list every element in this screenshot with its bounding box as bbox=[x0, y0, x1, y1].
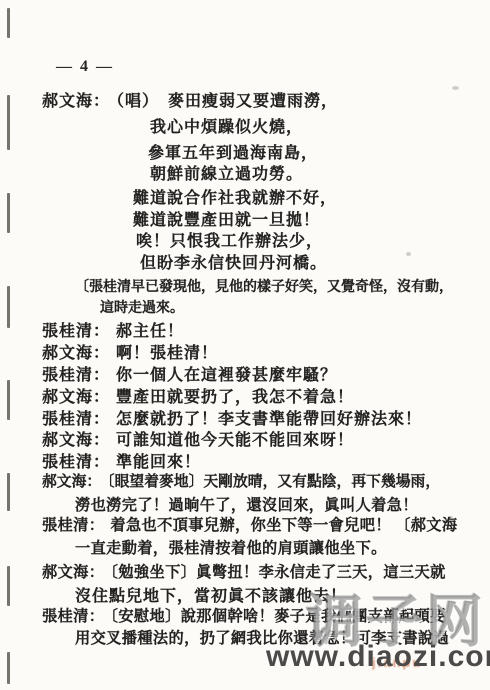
verse-text: 參軍五年到過海南島， bbox=[148, 145, 318, 162]
verse-line: 唉！只恨我工作辦法少， bbox=[136, 228, 323, 251]
stage-direction: 〔張桂清早已發現他，見他的樣子好笑，又覺奇怪，沒有動， bbox=[75, 276, 453, 296]
binding-mark bbox=[7, 8, 10, 38]
stage-direction-text: 這時走過來。 bbox=[100, 301, 184, 316]
speaker-name: 張桂清： bbox=[42, 454, 110, 471]
speaker-name: 郝文海： bbox=[42, 93, 110, 110]
verse-text: 唉！只恨我工作辦法少， bbox=[136, 233, 323, 250]
dialogue-text: 你一個人在這裡發甚麼牢騷？ bbox=[116, 367, 337, 384]
verse-line: 難道說豐產田就一旦拋！ bbox=[133, 207, 320, 230]
stage-direction-text: 一直走動着，張桂清按着他的肩頭讓他坐下。 bbox=[75, 540, 387, 557]
verse-line: 難道說合作社我就辦不好， bbox=[133, 185, 337, 208]
dialogue-line: 郝文海：啊！張桂清！ bbox=[42, 340, 218, 363]
scan-speck bbox=[452, 86, 459, 90]
watermark-url: www.diaozi.com bbox=[266, 642, 490, 672]
stage-direction: 一直走動着，張桂清按着他的肩頭讓他坐下。 bbox=[75, 537, 387, 558]
verse-line: 我心中煩躁似火燒， bbox=[150, 114, 303, 137]
speaker-name: 張桂清： bbox=[42, 608, 104, 625]
dialogue-text: 怎麼就扔了！李支書準能帶回好辦法來！ bbox=[116, 411, 422, 428]
speaker-name: 郝文海： bbox=[42, 474, 101, 490]
speaker-name: 張桂清： bbox=[42, 517, 104, 534]
verse-text: 但盼李永信快回丹河橋。 bbox=[140, 255, 327, 272]
binding-mark bbox=[7, 652, 10, 684]
dialogue-text: 〔眼望着麥地〕天剛放晴，又有點陰，再下幾場雨， bbox=[107, 474, 440, 490]
dialogue-line: 張桂清：準能回來！ bbox=[42, 449, 201, 472]
verse-text: 朝鮮前線立過功勞。 bbox=[150, 166, 303, 183]
binding-mark bbox=[7, 473, 10, 511]
speaker-name: 張桂清： bbox=[42, 323, 110, 340]
dialogue-text: （唱） 麥田瘦弱又要遭雨澇， bbox=[116, 93, 338, 110]
page-number: — 4 — bbox=[56, 58, 114, 76]
speaker-name: 張桂清： bbox=[42, 411, 110, 428]
speaker-name: 張桂清： bbox=[42, 367, 110, 384]
scan-speck bbox=[406, 252, 411, 256]
dialogue-text: 可誰知道他今天能不能回來呀！ bbox=[116, 432, 354, 449]
stage-direction-text: 〔張桂清早已發現他，見他的樣子好笑，又覺奇怪，沒有動， bbox=[75, 280, 453, 295]
binding-mark bbox=[7, 286, 10, 328]
verse-text: 我心中煩躁似火燒， bbox=[150, 119, 303, 136]
dialogue-text: 豐產田就要扔了，我怎不着急！ bbox=[116, 389, 354, 406]
dialogue-text: 啊！張桂清！ bbox=[116, 345, 218, 362]
verse-text: 難道說豐產田就一旦拋！ bbox=[133, 212, 320, 229]
dialogue-line: 張桂清：着急也不頂事兒辦，你坐下等一會兒吧！ 〔郝文海 bbox=[42, 514, 457, 535]
dialogue-line: 張桂清：郝主任！ bbox=[42, 318, 184, 341]
verse-line: 朝鮮前線立過功勞。 bbox=[150, 161, 303, 184]
binding-mark bbox=[7, 380, 10, 420]
speaker-name: 郝文海： bbox=[42, 389, 110, 406]
dialogue-line: 張桂清：你一個人在這裡發甚麼牢騷？ bbox=[42, 362, 337, 385]
verse-line: 但盼李永信快回丹河橋。 bbox=[140, 250, 327, 273]
dialogue-line: 張桂清：怎麼就扔了！李支書準能帶回好辦法來！ bbox=[42, 406, 422, 429]
speaker-name: 郝文海： bbox=[42, 564, 104, 581]
dialogue-text: 郝主任！ bbox=[116, 323, 184, 340]
verse-text: 難道說合作社我就辦不好， bbox=[133, 190, 337, 207]
binding-mark bbox=[7, 193, 10, 233]
speaker-name: 郝文海： bbox=[42, 432, 110, 449]
dialogue-continuation: 澇也澇完了！過晌午了，還沒回來，眞叫人着急！ bbox=[75, 494, 418, 515]
dialogue-line: 郝文海：〔勉強坐下〕眞彆扭！李永信走了三天，這三天就 bbox=[42, 561, 446, 582]
stage-direction: 這時走過來。 bbox=[100, 297, 184, 317]
binding-mark bbox=[7, 566, 10, 606]
dialogue-text: 準能回來！ bbox=[116, 454, 201, 471]
dialogue-text: 〔勉強坐下〕眞彆扭！李永信走了三天，這三天就 bbox=[110, 564, 445, 581]
dialogue-line: 郝文海：可誰知道他今天能不能回來呀！ bbox=[42, 427, 354, 450]
dialogue-line: 郝文海：豐產田就要扔了，我怎不着急！ bbox=[42, 384, 354, 407]
dialogue-text: 着急也不頂事兒辦，你坐下等一會兒吧！ 〔郝文海 bbox=[110, 517, 457, 534]
binding-mark bbox=[7, 95, 10, 150]
scanned-script-page: — 4 — 郝文海：（唱） 麥田瘦弱又要遭雨澇， 我心中煩躁似火燒， 參軍五年到… bbox=[0, 0, 490, 690]
dialogue-text: 澇也澇完了！過晌午了，還沒回來，眞叫人着急！ bbox=[75, 497, 418, 514]
dialogue-line: 郝文海：（唱） 麥田瘦弱又要遭雨澇， bbox=[42, 88, 338, 111]
dialogue-line: 郝文海：〔眼望着麥地〕天剛放晴，又有點陰，再下幾場雨， bbox=[42, 470, 440, 491]
speaker-name: 郝文海： bbox=[42, 345, 110, 362]
verse-line: 參軍五年到過海南島， bbox=[148, 140, 318, 163]
